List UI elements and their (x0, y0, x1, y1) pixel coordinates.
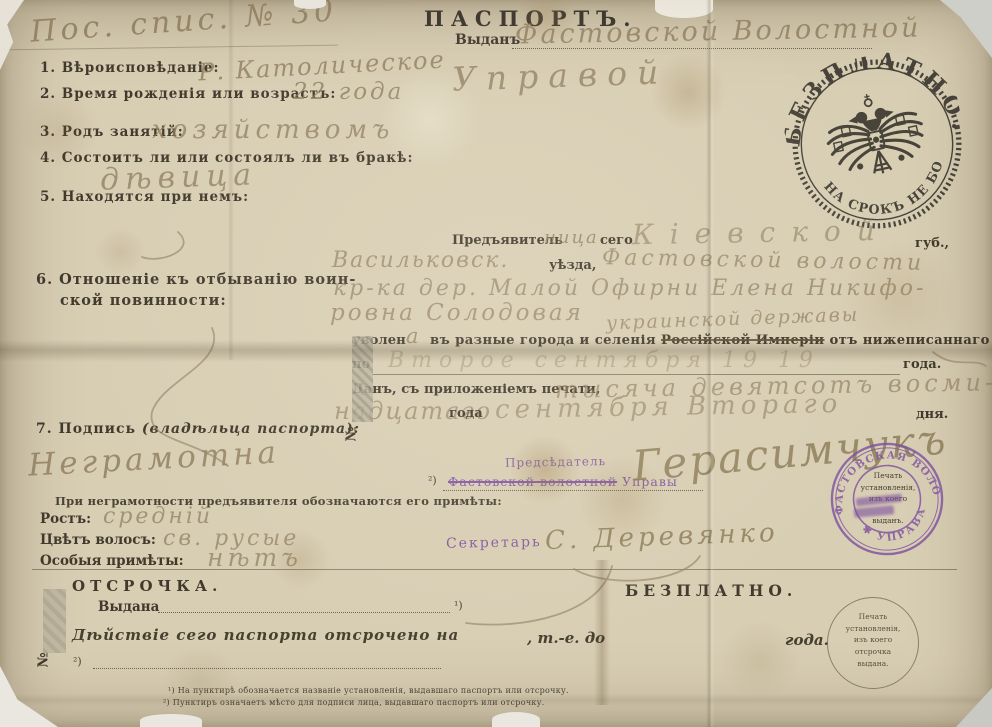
deferral-seal-line2: установленія, (828, 623, 918, 635)
number-band-bottom (43, 589, 66, 653)
deferral-footnote2-marker: ²) (73, 655, 82, 668)
field-military-label-line2: ской повинности: (60, 292, 227, 309)
deferral-issued-dotted-line (158, 598, 450, 613)
field-signature-label-pre: 7. Подпись (36, 421, 136, 437)
special-marks-label: Особыя примѣты: (40, 553, 184, 569)
deferral-seal-line5: выдана. (828, 658, 918, 670)
number-band-middle (352, 336, 373, 422)
presenter-uyezd-label: уѣзда, (549, 258, 596, 273)
field-age-label: 2. Время рожденія или возрастъ: (40, 86, 336, 102)
seal-arc-top-text: БЕЗПЛАТНО. (773, 40, 974, 172)
height-label: Ростъ: (40, 511, 91, 527)
passport-document: Пос. спис. № 30 ПАСПОРТЪ. Выданъ Фастовс… (0, 0, 992, 727)
presenter-state-handwritten: украинской державы (606, 304, 860, 335)
released-text: въ разные города и селенія Россійской Им… (430, 333, 992, 348)
field-signature-label: 7. Подпись (владѣльца паспорта): (36, 421, 360, 437)
given-date-handwritten: сентября Втораго (495, 389, 843, 425)
deferral-seal-circle: Печать установленія, изъ коего отсрочка … (827, 597, 919, 689)
field-age-value: 22 года (293, 79, 404, 105)
registry-note-handwritten: Пос. спис. № 30 (29, 0, 338, 50)
presenter-volost-handwritten: Фастовской волости (602, 245, 926, 276)
number-label-middle: № (344, 426, 360, 441)
special-marks-value: нѣтъ (207, 543, 302, 572)
torn-corner-top-left (0, 0, 24, 70)
deferral-issued-label: Выдана (98, 599, 159, 615)
torn-corner-top-right (940, 0, 992, 58)
imperial-double-eagle-icon (820, 84, 930, 183)
given-goda-label: года (449, 406, 483, 421)
field-dependents-label: 5. Находятся при немъ: (40, 189, 249, 205)
deferral-free-label: БЕЗПЛАТНО. (625, 581, 797, 600)
torn-edge-bottom-notch-1 (140, 714, 202, 727)
torn-corner-bottom-right (956, 688, 992, 727)
svg-text:БЕЗПЛАТНО.: БЕЗПЛАТНО. (773, 40, 974, 172)
field-religion-label: 1. Вѣроисповѣданіе: (40, 60, 219, 76)
deferral-action-text: Дѣйствіе сего паспорта отсрочено на (72, 626, 459, 644)
field-military-label-line1: 6. Отношеніе къ отбыванію воин- (36, 271, 356, 288)
deferral-title: ОТСРОЧКА. (72, 577, 222, 595)
deferral-seal-line3: изъ коего (828, 634, 918, 646)
footnote-2: ²) Пунктиръ означаетъ мѣсто для подписи … (163, 698, 545, 707)
number-label-bottom: № (36, 652, 52, 667)
torn-corner-bottom-left (0, 666, 58, 727)
presenter-name-handwritten-line2: ровна Солодовая (330, 300, 584, 326)
uprava-stamp-struck: Фастовской волостной (448, 474, 617, 489)
field-signature-value: Неграмотна (27, 434, 281, 483)
valid-until-date-handwritten: Второе сентября 19 19 (388, 348, 820, 373)
deferral-seal-text: Печать установленія, изъ коего отсрочка … (828, 598, 918, 669)
released-gender-handwritten: а (406, 324, 421, 348)
released-text-pre: въ разные города и селенія (430, 333, 661, 348)
presenter-nitsa-handwritten: ница (544, 227, 599, 248)
deferral-goda-label: года. (785, 631, 829, 649)
released-text-post: отъ нижеписаннаго числа (824, 333, 992, 348)
field-occupation-value: хозяйствомъ (152, 115, 394, 145)
secretary-stamp-text: Секретарь (446, 534, 542, 552)
signature-footnote-marker: ²) (428, 474, 437, 487)
issued-by-handwritten-2: Управой (451, 52, 668, 99)
deferral-te-do-label: , т.-е. до (527, 629, 605, 647)
field-signature-label-italic: (владѣльца паспорта): (142, 421, 360, 437)
torn-edge-bottom-notch-2 (492, 712, 540, 727)
released-text-struck: Россійской Имперіи (661, 333, 824, 348)
deferral-footnote1-marker: ¹) (454, 599, 463, 612)
deferral-dotted-line-2 (93, 654, 441, 669)
footnote-1: ¹) На пунктирѣ обозначается названіе уст… (168, 686, 569, 695)
chairman-stamp-text: Предсѣдатель (505, 454, 606, 470)
deferral-seal-line1: Печать (828, 611, 918, 623)
presenter-gub-label: губ., (915, 236, 949, 251)
presenter-name-handwritten-line1: кр-ка дер. Малой Офирни Елена Никифо- (333, 276, 926, 301)
issued-by-label: Выданъ (455, 32, 520, 48)
hair-color-label: Цвѣтъ волосъ: (40, 532, 156, 548)
secretary-signature: С. Деревянко (545, 518, 780, 556)
section-separator-line (32, 569, 957, 570)
presenter-uyezd-handwritten: Васильковск. (332, 248, 509, 273)
deferral-seal-line4: отсрочка (828, 646, 918, 658)
